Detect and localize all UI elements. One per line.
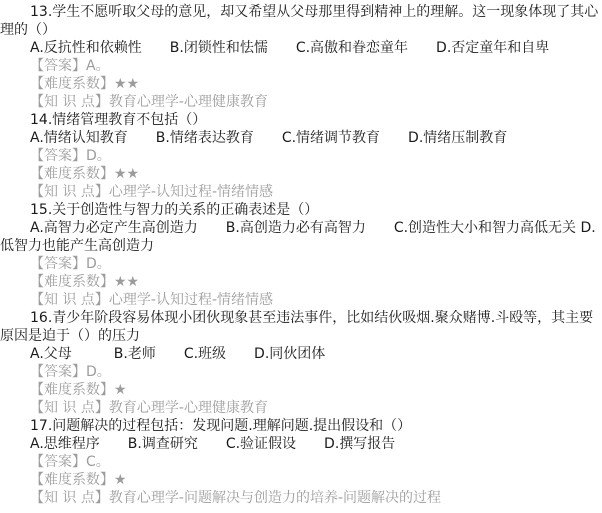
difficulty-label: 【难度系数】 <box>30 274 114 290</box>
difficulty-label: 【难度系数】 <box>30 472 114 488</box>
knowledge-label: 【知 识 点】 <box>30 400 109 416</box>
answer-line: 【答案】D。 <box>0 363 600 381</box>
difficulty-label: 【难度系数】 <box>30 166 114 182</box>
knowledge-value: 教育心理学-问题解决与创造力的培养-问题解决的过程 <box>109 490 441 506</box>
difficulty-line: 【难度系数】★ <box>0 471 600 489</box>
answer-label: 【答案】 <box>30 256 86 272</box>
knowledge-value: 教育心理学-心理健康教育 <box>109 400 268 416</box>
question-block-17: 17.问题解决的过程包括：发现问题.理解问题.提出假设和（） A.思维程序 B.… <box>0 417 600 507</box>
answer-value: D。 <box>86 256 111 272</box>
difficulty-line: 【难度系数】★ <box>0 381 600 399</box>
knowledge-label: 【知 识 点】 <box>30 94 109 110</box>
question-text: 17.问题解决的过程包括：发现问题.理解问题.提出假设和（） <box>0 417 600 435</box>
answer-line: 【答案】D。 <box>0 147 600 165</box>
difficulty-stars: ★ <box>114 382 127 398</box>
question-block-15: 15.关于创造性与智力的关系的正确表述是（） A.高智力必定产生高创造力 B.高… <box>0 201 600 309</box>
question-options: A.情绪认知教育 B.情绪表达教育 C.情绪调节教育 D.情绪压制教育 <box>0 129 600 147</box>
knowledge-line: 【知 识 点】教育心理学-问题解决与创造力的培养-问题解决的过程 <box>0 489 600 507</box>
knowledge-line: 【知 识 点】心理学-认知过程-情绪情感 <box>0 291 600 309</box>
answer-value: D。 <box>86 364 111 380</box>
answer-label: 【答案】 <box>30 58 86 74</box>
knowledge-value: 心理学-认知过程-情绪情感 <box>109 292 273 308</box>
knowledge-label: 【知 识 点】 <box>30 292 109 308</box>
knowledge-value: 心理学-认知过程-情绪情感 <box>109 184 273 200</box>
exam-document: 13.学生不愿听取父母的意见，却又希望从父母那里得到精神上的理解。这一现象体现了… <box>0 0 602 507</box>
question-options: A.反抗性和依赖性 B.闭锁性和怯懦 C.高傲和眷恋童年 D.否定童年和自卑 <box>0 39 600 57</box>
answer-label: 【答案】 <box>30 148 86 164</box>
question-text: 15.关于创造性与智力的关系的正确表述是（） <box>0 201 600 219</box>
question-options: A.父母 B.老师 C.班级 D.同伙团体 <box>0 345 600 363</box>
answer-line: 【答案】A。 <box>0 57 600 75</box>
difficulty-label: 【难度系数】 <box>30 382 114 398</box>
answer-label: 【答案】 <box>30 364 86 380</box>
knowledge-label: 【知 识 点】 <box>30 184 109 200</box>
answer-line: 【答案】C。 <box>0 453 600 471</box>
difficulty-stars: ★★ <box>114 76 139 92</box>
knowledge-line: 【知 识 点】心理学-认知过程-情绪情感 <box>0 183 600 201</box>
difficulty-line: 【难度系数】★★ <box>0 165 600 183</box>
question-text: 14.情绪管理教育不包括（） <box>0 111 600 129</box>
question-block-13: 13.学生不愿听取父母的意见，却又希望从父母那里得到精神上的理解。这一现象体现了… <box>0 3 600 111</box>
answer-line: 【答案】D。 <box>0 255 600 273</box>
question-options: A.高智力必定产生高创造力 B.高创造力必有高智力 C.创造性大小和智力高低无关… <box>0 219 600 255</box>
question-text: 13.学生不愿听取父母的意见，却又希望从父母那里得到精神上的理解。这一现象体现了… <box>0 3 600 39</box>
answer-label: 【答案】 <box>30 454 86 470</box>
question-text: 16.青少年阶段容易体现小团伙现象甚至违法事件，比如结伙吸烟.聚众赌博.斗殴等，… <box>0 309 600 345</box>
difficulty-line: 【难度系数】★★ <box>0 273 600 291</box>
question-options: A.思维程序 B.调查研究 C.验证假设 D.撰写报告 <box>0 435 600 453</box>
answer-value: A。 <box>86 58 110 74</box>
knowledge-line: 【知 识 点】教育心理学-心理健康教育 <box>0 399 600 417</box>
difficulty-stars: ★★ <box>114 166 139 182</box>
knowledge-value: 教育心理学-心理健康教育 <box>109 94 268 110</box>
difficulty-stars: ★ <box>114 472 127 488</box>
question-block-14: 14.情绪管理教育不包括（） A.情绪认知教育 B.情绪表达教育 C.情绪调节教… <box>0 111 600 201</box>
difficulty-label: 【难度系数】 <box>30 76 114 92</box>
difficulty-line: 【难度系数】★★ <box>0 75 600 93</box>
difficulty-stars: ★★ <box>114 274 139 290</box>
knowledge-line: 【知 识 点】教育心理学-心理健康教育 <box>0 93 600 111</box>
answer-value: C。 <box>86 454 110 470</box>
knowledge-label: 【知 识 点】 <box>30 490 109 506</box>
question-block-16: 16.青少年阶段容易体现小团伙现象甚至违法事件，比如结伙吸烟.聚众赌博.斗殴等，… <box>0 309 600 417</box>
answer-value: D。 <box>86 148 111 164</box>
